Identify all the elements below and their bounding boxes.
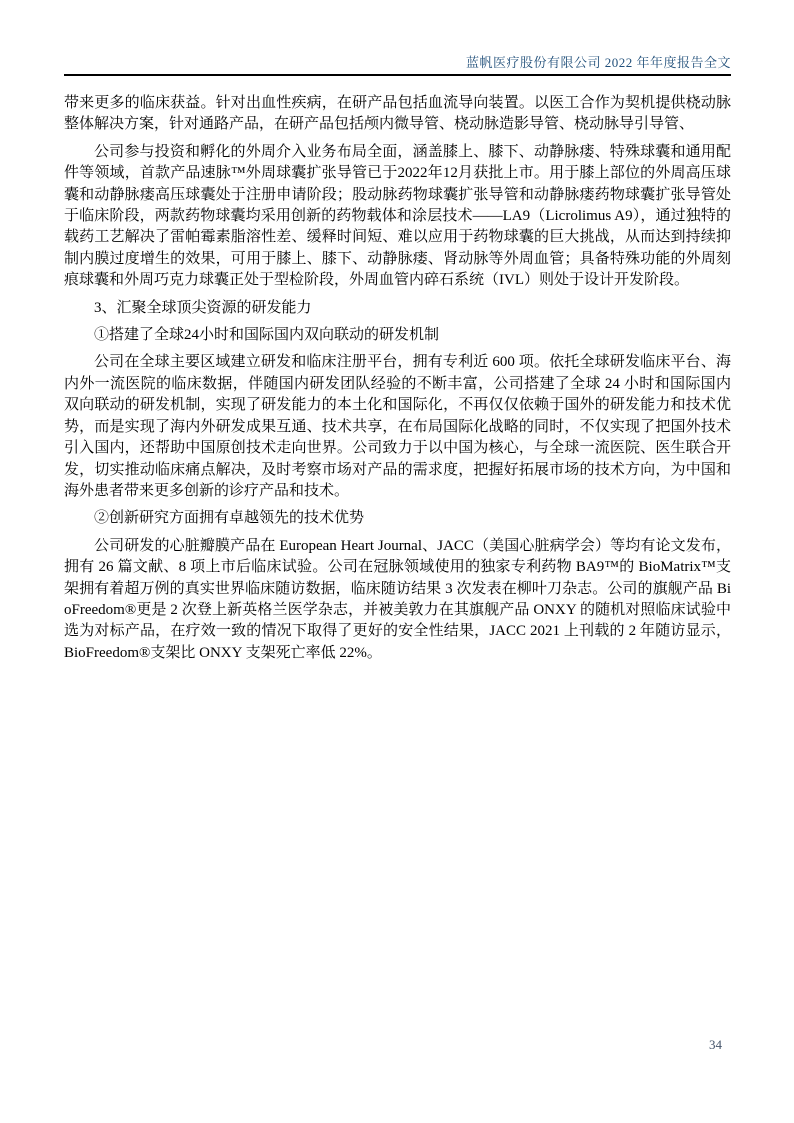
paragraph-rd-mechanism: 公司在全球主要区域建立研发和临床注册平台，拥有专利近 600 项。依托全球研发临… bbox=[64, 352, 731, 502]
subsection-heading-2: ②创新研究方面拥有卓越领先的技术优势 bbox=[64, 508, 731, 529]
document-body: 带来更多的临床获益。针对出血性疾病，在研产品包括血流导向装置。以医工合作为契机提… bbox=[64, 93, 731, 670]
report-page: 蓝帆医疗股份有限公司 2022 年年度报告全文 带来更多的临床获益。针对出血性疾… bbox=[0, 0, 794, 1123]
subsection-heading-1: ①搭建了全球24小时和国际国内双向联动的研发机制 bbox=[64, 325, 731, 346]
section-heading-3: 3、汇聚全球顶尖资源的研发能力 bbox=[64, 298, 731, 319]
header-divider bbox=[64, 74, 731, 76]
page-number: 34 bbox=[64, 1037, 722, 1053]
paragraph-continuation: 带来更多的临床获益。针对出血性疾病，在研产品包括血流导向装置。以医工合作为契机提… bbox=[64, 93, 731, 136]
paragraph-innovation-advantage: 公司研发的心脏瓣膜产品在 European Heart Journal、JACC… bbox=[64, 536, 731, 664]
paragraph-peripheral-business: 公司参与投资和孵化的外周介入业务布局全面，涵盖膝上、膝下、动静脉瘘、特殊球囊和通… bbox=[64, 142, 731, 292]
page-header: 蓝帆医疗股份有限公司 2022 年年度报告全文 bbox=[64, 52, 731, 71]
report-header-title: 蓝帆医疗股份有限公司 2022 年年度报告全文 bbox=[466, 55, 731, 70]
